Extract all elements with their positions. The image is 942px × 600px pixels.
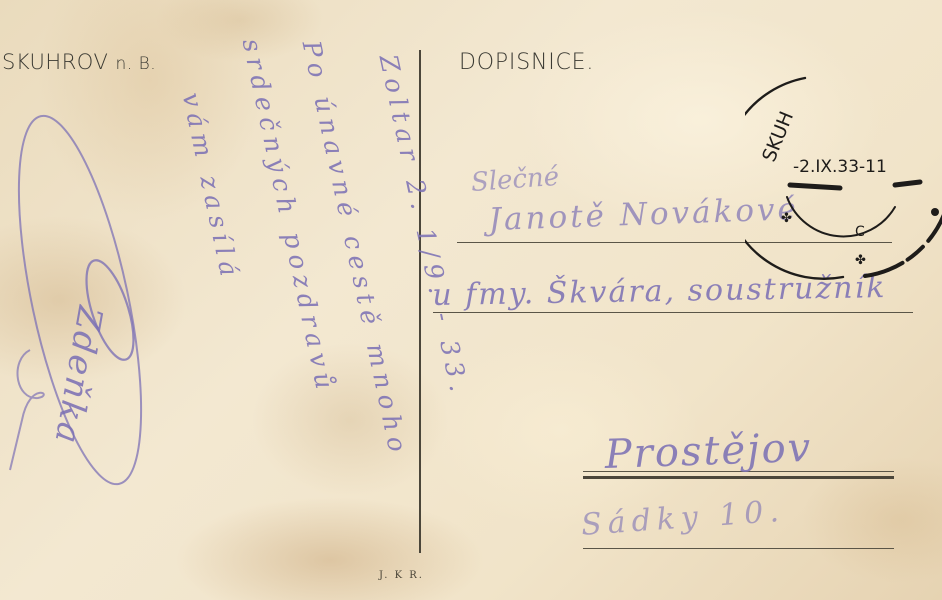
postcard: SKUHROV n. B. DOPISNICE. J. K R. Slečné … [0, 0, 942, 600]
svg-text:✤: ✤ [855, 253, 866, 268]
postmark-date: -2.IX.33-11 [793, 157, 887, 177]
postmark-letter: C [855, 224, 865, 240]
postmark-stamp: SKUH -2.IX.33-11 C ✤ ✤ [745, 72, 942, 282]
svg-text:✤: ✤ [781, 211, 792, 226]
